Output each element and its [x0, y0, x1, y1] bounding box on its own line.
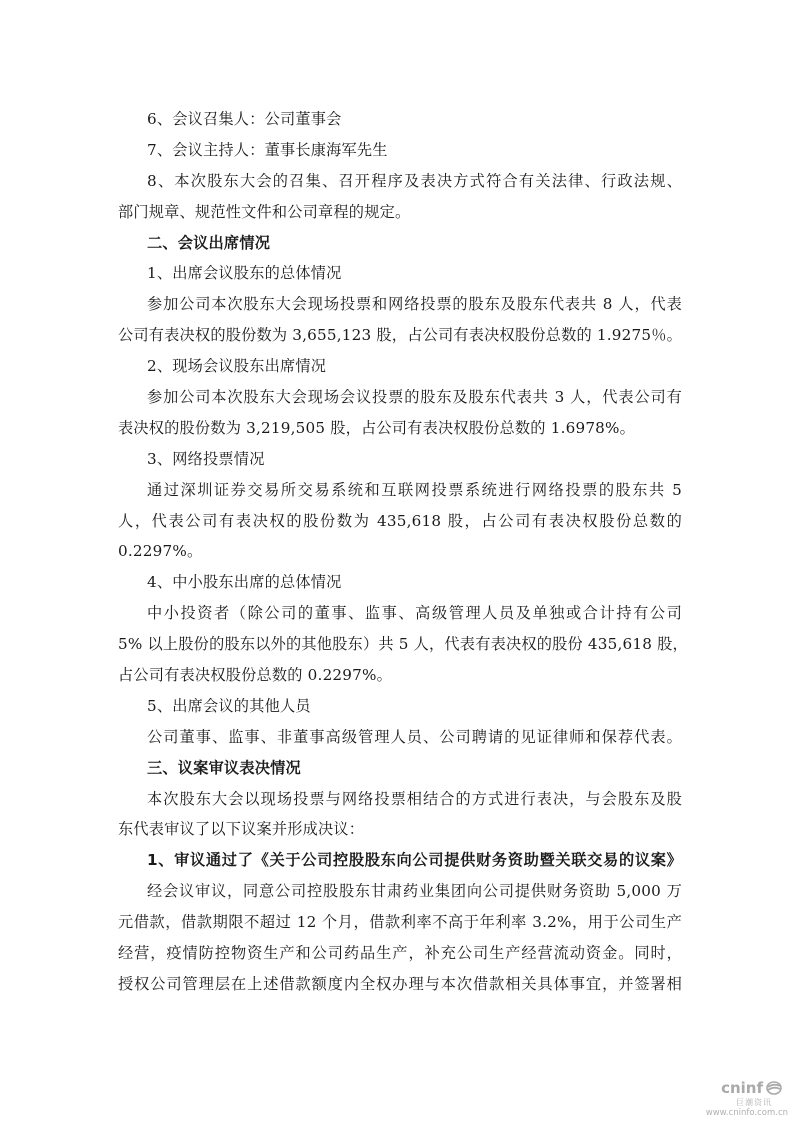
text-line: 7、会议主持人：董事长康海军先生 — [118, 135, 682, 166]
section-heading: 1、审议通过了《关于公司控股股东向公司提供财务资助暨关联交易的议案》 — [118, 845, 682, 876]
section-heading: 三、议案审议表决情况 — [118, 753, 682, 784]
text-line: 公司有表决权的股份数为 3,655,123 股，占公司有表决权股份总数的 1.9… — [118, 320, 682, 351]
section-heading: 二、会议出席情况 — [118, 228, 682, 259]
text-line: 1、出席会议股东的总体情况 — [118, 258, 682, 289]
watermark-chinese: 巨潮资讯 — [700, 1097, 790, 1108]
document-page: 6、会议召集人：公司董事会7、会议主持人：董事长康海军先生8、本次股东大会的召集… — [118, 104, 682, 1000]
watermark-brand-text: cninf — [721, 1079, 763, 1097]
text-line: 3、网络投票情况 — [118, 444, 682, 475]
text-line: 通过深圳证券交易所交易系统和互联网投票系统进行网络投票的股东共 5 — [118, 475, 682, 506]
text-line: 经营，疫情防控物资生产和公司药品生产，补充公司生产经营流动资金。同时， — [118, 938, 682, 969]
text-line: 8、本次股东大会的召集、召开程序及表决方式符合有关法律、行政法规、 — [118, 166, 682, 197]
text-line: 中小投资者（除公司的董事、监事、高级管理人员及单独或合计持有公司 — [118, 598, 682, 629]
text-line: 参加公司本次股东大会现场投票和网络投票的股东及股东代表共 8 人，代表 — [118, 289, 682, 320]
text-line: 表决权的股份数为 3,219,505 股，占公司有表决权股份总数的 1.6978… — [118, 413, 682, 444]
text-line: 4、中小股东出席的总体情况 — [118, 567, 682, 598]
text-line: 东代表审议了以下议案并形成决议： — [118, 814, 682, 845]
text-line: 授权公司管理层在上述借款额度内全权办理与本次借款相关具体事宜，并签署相 — [118, 969, 682, 1000]
text-line: 0.2297%。 — [118, 536, 682, 567]
text-line: 占公司有表决权股份总数的 0.2297%。 — [118, 660, 682, 691]
text-line: 2、现场会议股东出席情况 — [118, 351, 682, 382]
text-line: 经会议审议，同意公司控股股东甘肃药业集团向公司提供财务资助 5,000 万 — [118, 876, 682, 907]
watermark-url: www.cninfo.com.cn — [700, 1108, 790, 1118]
watermark-brand: cninf — [721, 1079, 790, 1097]
text-line: 人，代表公司有表决权的股份数为 435,618 股，占公司有表决权股份总数的 — [118, 506, 682, 537]
text-line: 部门规章、规范性文件和公司章程的规定。 — [118, 197, 682, 228]
text-line: 5、出席会议的其他人员 — [118, 691, 682, 722]
text-line: 5% 以上股份的股东以外的其他股东）共 5 人，代表有表决权的股份 435,61… — [118, 629, 682, 660]
text-line: 参加公司本次股东大会现场会议投票的股东及股东代表共 3 人，代表公司有 — [118, 382, 682, 413]
cninfo-watermark: cninf 巨潮资讯 www.cninfo.com.cn — [700, 1078, 790, 1118]
text-line: 元借款，借款期限不超过 12 个月，借款利率不高于年利率 3.2%，用于公司生产 — [118, 907, 682, 938]
text-line: 6、会议召集人：公司董事会 — [118, 104, 682, 135]
text-line: 公司董事、监事、非董事高级管理人员、公司聘请的见证律师和保荐代表。 — [118, 722, 682, 753]
cninfo-logo-icon — [766, 1081, 782, 1095]
text-line: 本次股东大会以现场投票与网络投票相结合的方式进行表决，与会股东及股 — [118, 784, 682, 815]
